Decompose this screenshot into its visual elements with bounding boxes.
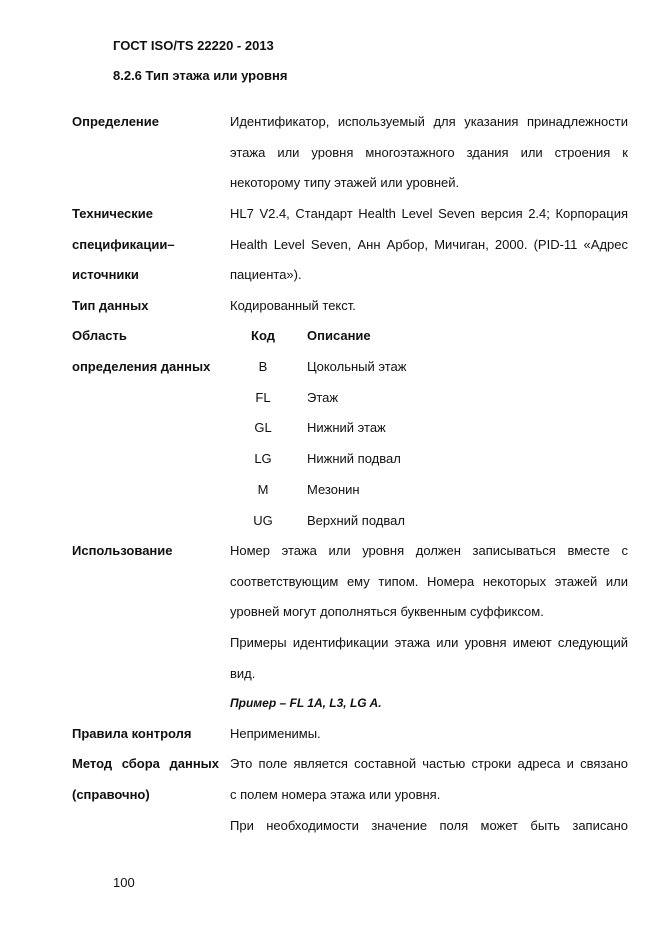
description-column-header: Описание — [307, 328, 371, 343]
collection-line-1: Это поле является составной частью строк… — [230, 756, 628, 771]
definition-line-2: этажа или уровня многоэтажного здания ил… — [230, 145, 628, 160]
domain-label-2: определения данных — [72, 359, 210, 374]
tech-specs-label-2: спецификации– — [72, 237, 175, 252]
tech-specs-line-1: HL7 V2.4, Стандарт Health Level Seven ве… — [230, 206, 628, 221]
data-type-label: Тип данных — [72, 298, 148, 313]
usage-label: Использование — [72, 543, 173, 558]
code-cell: FL — [245, 390, 281, 405]
definition-label: Определение — [72, 114, 159, 129]
tech-specs-label-1: Технические — [72, 206, 153, 221]
description-cell: Нижний этаж — [307, 420, 386, 435]
collection-line-2: с полем номера этажа или уровня. — [230, 787, 628, 802]
validation-label: Правила контроля — [72, 726, 192, 741]
code-cell: LG — [245, 451, 281, 466]
description-cell: Цокольный этаж — [307, 359, 406, 374]
usage-line-3: уровней могут дополняться буквенным суфф… — [230, 604, 628, 619]
usage-line-5: вид. — [230, 666, 628, 681]
domain-label-1: Область — [72, 328, 127, 343]
definition-line-1: Идентификатор, используемый для указания… — [230, 114, 628, 129]
code-column-header: Код — [245, 328, 281, 343]
tech-specs-label-3: источники — [72, 267, 139, 282]
description-cell: Верхний подвал — [307, 513, 405, 528]
section-title: 8.2.6 Тип этажа или уровня — [113, 68, 287, 83]
usage-example: Пример – FL 1A, L3, LG A. — [230, 696, 628, 710]
collection-label-1: Метод сбора данных — [72, 756, 219, 771]
code-cell: M — [245, 482, 281, 497]
code-cell: UG — [245, 513, 281, 528]
code-cell: GL — [245, 420, 281, 435]
page-number: 100 — [113, 875, 135, 890]
definition-line-3: некоторому типу этажей или уровней. — [230, 175, 628, 190]
tech-specs-line-3: пациента»). — [230, 267, 628, 282]
description-cell: Нижний подвал — [307, 451, 401, 466]
validation-value: Неприменимы. — [230, 726, 628, 741]
usage-line-1: Номер этажа или уровня должен записывать… — [230, 543, 628, 558]
code-cell: B — [245, 359, 281, 374]
description-cell: Мезонин — [307, 482, 360, 497]
collection-line-3: При необходимости значение поля может бы… — [230, 818, 628, 833]
usage-line-2: соответствующим ему типом. Номера некото… — [230, 574, 628, 589]
tech-specs-line-2: Health Level Seven, Анн Арбор, Мичиган, … — [230, 237, 628, 252]
collection-label-2: (справочно) — [72, 787, 150, 802]
document-id: ГОСТ ISO/TS 22220 - 2013 — [113, 38, 274, 53]
description-cell: Этаж — [307, 390, 338, 405]
data-type-value: Кодированный текст. — [230, 298, 628, 313]
usage-line-4: Примеры идентификации этажа или уровня и… — [230, 635, 628, 650]
